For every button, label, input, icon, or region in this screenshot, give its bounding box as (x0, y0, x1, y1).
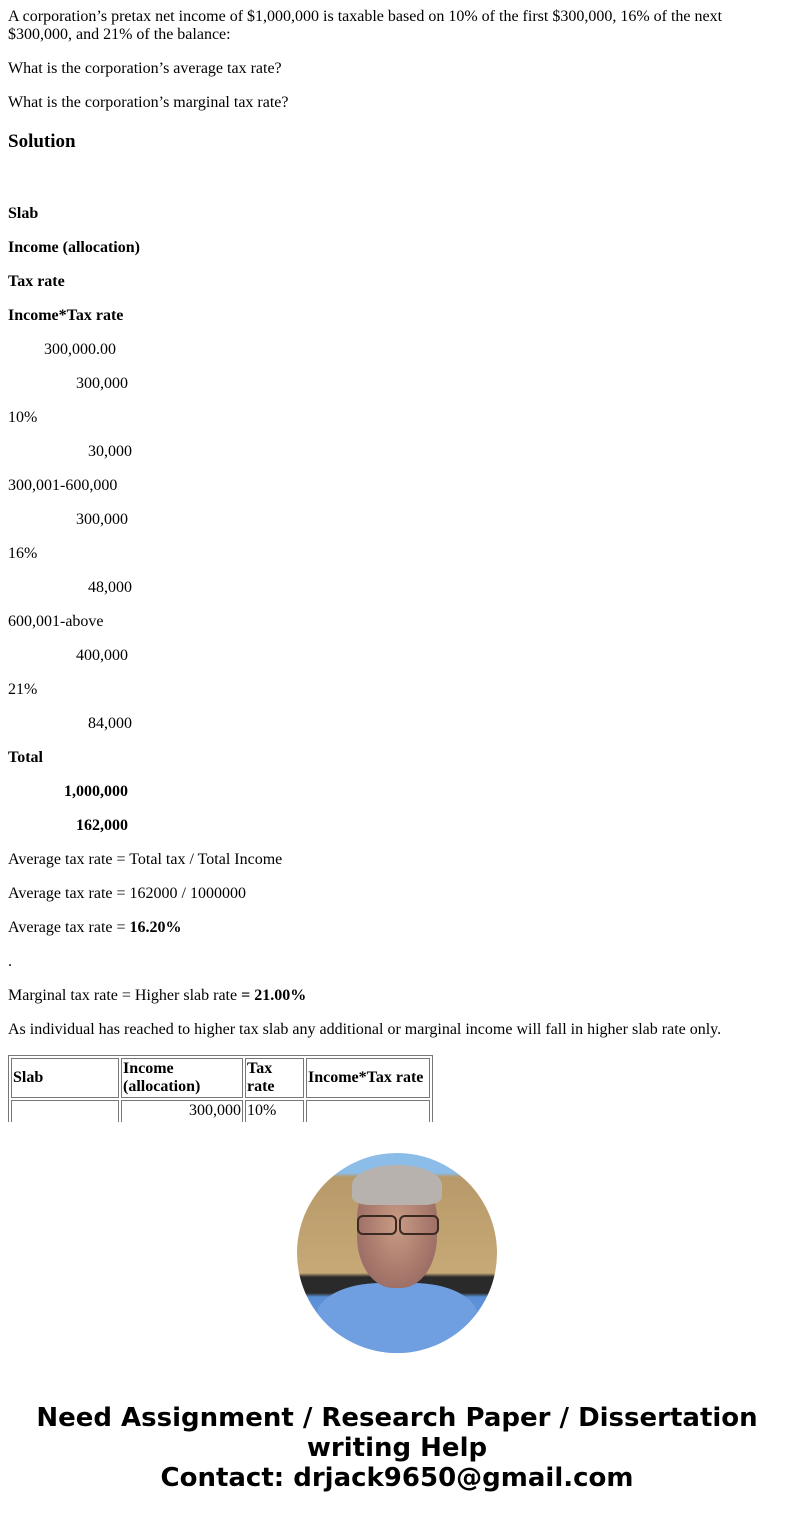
table-header-row: Slab Income (allocation) Tax rate Income… (11, 1058, 430, 1098)
row3-income: 400,000 (76, 647, 128, 665)
explanation: As individual has reached to higher tax … (8, 1021, 721, 1039)
header-tax-rate: Tax rate (8, 273, 65, 291)
total-income: 1,000,000 (64, 783, 128, 801)
row1-income: 300,000 (76, 375, 128, 393)
glasses-icon (355, 1215, 439, 1231)
promo-line-2: writing Help (0, 1433, 794, 1463)
header-income: Income (allocation) (8, 239, 140, 257)
header-slab: Slab (8, 205, 38, 223)
shirt-shape (317, 1283, 477, 1353)
td-rate: 10% (245, 1100, 304, 1122)
promo-line-1: Need Assignment / Research Paper / Disse… (0, 1403, 794, 1433)
tax-table: Slab Income (allocation) Tax rate Income… (8, 1055, 433, 1122)
question-average-rate: What is the corporation’s average tax ra… (8, 60, 282, 78)
row2-income: 300,000 (76, 511, 128, 529)
th-tax-rate: Tax rate (245, 1058, 304, 1098)
avg-result-label: Average tax rate = (8, 919, 130, 936)
marginal-result-value: = 21.00% (241, 987, 306, 1004)
promo-banner: Need Assignment / Research Paper / Disse… (0, 1403, 794, 1493)
td-tax: 30,000 (306, 1100, 430, 1122)
row3-rate: 21% (8, 681, 37, 699)
separator-dot: . (8, 953, 12, 971)
row2-rate: 16% (8, 545, 37, 563)
row2-tax: 48,000 (88, 579, 132, 597)
th-income: Income (allocation) (121, 1058, 243, 1098)
row3-tax: 84,000 (88, 715, 132, 733)
total-tax: 162,000 (76, 817, 128, 835)
avg-formula: Average tax rate = Total tax / Total Inc… (8, 851, 282, 869)
th-slab: Slab (11, 1058, 119, 1098)
row1-slab: 300,000.00 (44, 341, 116, 359)
solution-heading: Solution (8, 131, 76, 153)
document-content: A corporation’s pretax net income of $1,… (8, 0, 786, 1122)
row1-tax: 30,000 (88, 443, 132, 461)
header-income-tax: Income*Tax rate (8, 307, 123, 325)
author-photo (297, 1153, 497, 1353)
row2-slab: 300,001-600,000 (8, 477, 117, 495)
promo-contact: Contact: drjack9650@gmail.com (0, 1463, 794, 1493)
question-intro: A corporation’s pretax net income of $1,… (8, 8, 768, 44)
avg-calculation: Average tax rate = 162000 / 1000000 (8, 885, 246, 903)
row1-rate: 10% (8, 409, 37, 427)
row3-slab: 600,001-above (8, 613, 104, 631)
table-row: 300,000.00 300,000 10% 30,000 (11, 1100, 430, 1122)
marginal-result: Marginal tax rate = Higher slab rate = 2… (8, 987, 306, 1005)
td-slab: 300,000.00 (11, 1100, 119, 1122)
hair-shape (352, 1165, 442, 1205)
avg-result: Average tax rate = 16.20% (8, 919, 182, 937)
question-marginal-rate: What is the corporation’s marginal tax r… (8, 94, 289, 112)
marginal-result-label: Marginal tax rate = Higher slab rate (8, 987, 241, 1004)
avg-result-value: 16.20% (130, 919, 182, 936)
td-income: 300,000 (121, 1100, 243, 1122)
th-income-tax: Income*Tax rate (306, 1058, 430, 1098)
total-label: Total (8, 749, 43, 767)
